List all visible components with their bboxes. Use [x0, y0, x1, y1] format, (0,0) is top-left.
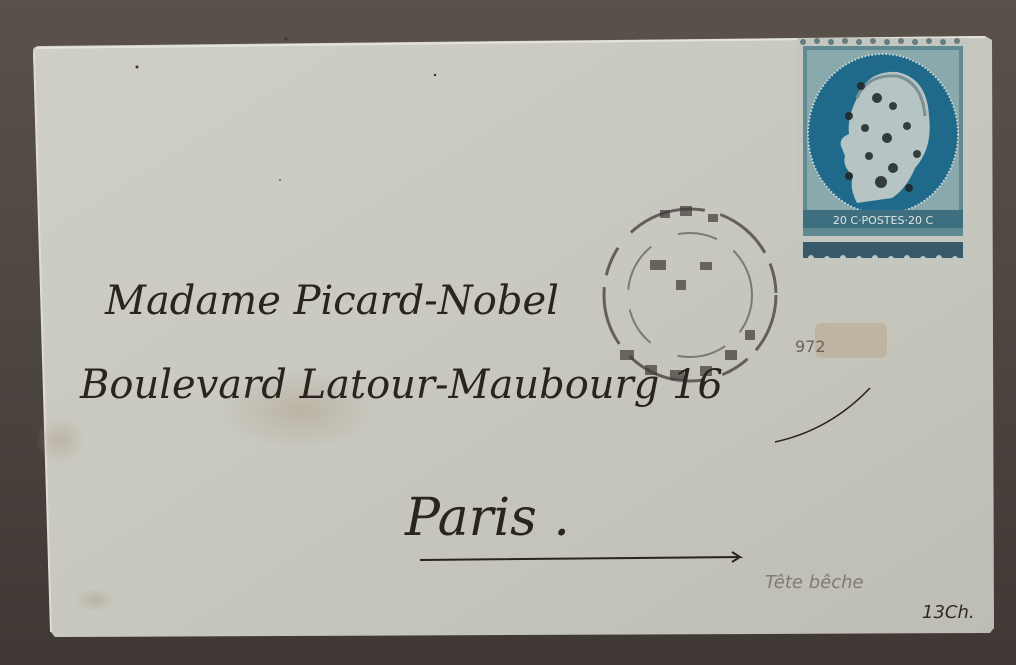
envelope: 20 C·POSTES·20 C Madame Picard-Nobel Bou…: [0, 0, 1016, 665]
stamp-value-label: 20 C·POSTES·20 C: [833, 214, 934, 227]
postage-stamp: 20 C·POSTES·20 C: [797, 38, 969, 264]
circular-postmark: [590, 200, 790, 390]
